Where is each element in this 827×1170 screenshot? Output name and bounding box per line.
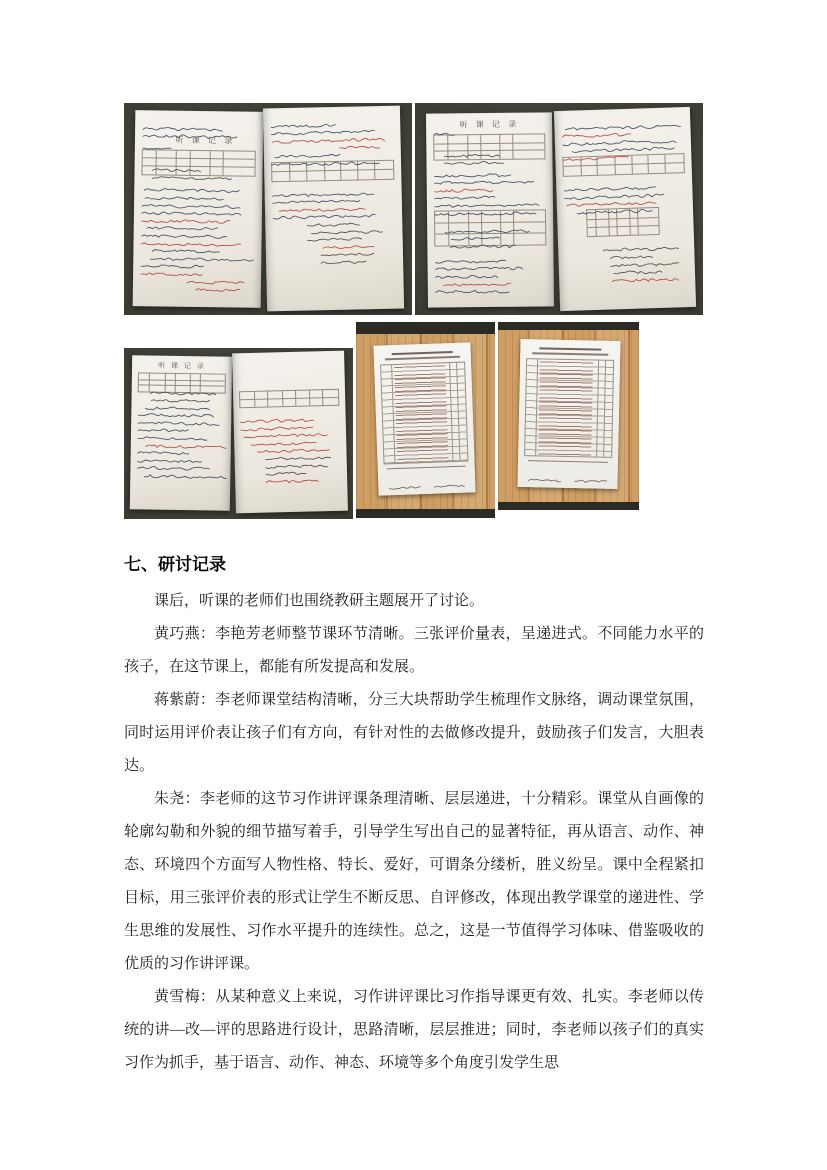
handwriting-list [319, 235, 396, 257]
discussion-record-text: 课后，听课的老师们也围绕教研主题展开了讨论。 黄巧燕：李艳芳老师整节课环节清晰。… [124, 585, 704, 1080]
handwriting-list [602, 237, 688, 252]
paragraph-jiangziwei: 蒋紫蔚：李老师课堂结构清晰，分三大块帮助学生梳理作文脉络，调动课堂氛围，同时运用… [124, 684, 704, 783]
form-table [380, 361, 468, 464]
notebook-left-page: 听 课 记 录 [130, 355, 232, 511]
evaluation-form-paper [517, 339, 620, 489]
handwriting-line [142, 137, 172, 142]
form-meta-line [385, 356, 460, 360]
form-note-line [387, 465, 465, 469]
table-handwriting [141, 155, 255, 179]
handwriting-body [270, 113, 393, 136]
signature-row [524, 466, 612, 477]
red-annotation [195, 279, 241, 285]
handwriting-body [434, 164, 546, 208]
notebook-title: 听 课 记 录 [176, 134, 236, 146]
notebook-title-row: 听 课 记 录 [433, 117, 545, 132]
notebook-photo-3: 听 课 记 录 [124, 348, 353, 519]
evaluation-form-photo-1 [356, 322, 495, 518]
signature-line [388, 476, 421, 481]
table-handwriting [433, 139, 545, 162]
handwriting-body [140, 180, 255, 270]
notebook-left-page: 听 课 记 录 [133, 110, 264, 308]
desk-edge [498, 322, 639, 330]
handwriting-body [561, 115, 684, 154]
desk-edge [498, 502, 639, 510]
form-title-line [540, 347, 602, 350]
notebook-photo-1: 听 课 记 录 [124, 103, 412, 315]
table-handwriting [434, 216, 546, 249]
signature-line [528, 469, 562, 474]
section-heading: 七、研讨记录 [124, 553, 704, 577]
signature-row [384, 471, 469, 483]
handwriting-body [434, 250, 546, 287]
handwriting-body [136, 397, 225, 472]
photo-row-2: 听 课 记 录 [124, 322, 704, 519]
handwriting-list [264, 447, 341, 477]
paragraph-zhuyao: 朱尧：李老师的这节习作讲评课条理清晰、层层递进，十分精彩。课堂从自画像的轮廓勾勒… [124, 783, 704, 981]
handwriting-body [563, 176, 686, 208]
notebook-right-page [232, 351, 348, 514]
photo-row-1: 听 课 记 录 听 [124, 103, 704, 315]
notebook-title: 听 课 记 录 [138, 360, 226, 371]
red-annotation-block [239, 409, 339, 432]
red-annotation [186, 271, 245, 277]
paragraph-huangqiaoyan: 黄巧燕：李艳芳老师整节课环节清晰。三张评价量表，呈递进式。不同能力水平的孩子，在… [124, 618, 704, 684]
handwriting-list [307, 213, 396, 235]
handwriting-body [271, 182, 395, 212]
form-title-line [392, 351, 453, 355]
handwriting-line [433, 123, 455, 128]
score-table-grid [239, 389, 339, 408]
notebook-right-page [263, 106, 404, 312]
notebook-photo-2: 听 课 记 录 [415, 103, 703, 315]
form-meta-line [532, 352, 608, 355]
form-note-line [528, 460, 607, 463]
notebook-title: 听 课 记 录 [459, 119, 519, 131]
evaluation-form-photo-2 [498, 322, 639, 510]
desk-edge [356, 322, 495, 334]
desk-edge [356, 509, 495, 518]
paragraph-huangxuemei: 黄雪梅：从某种意义上来说，习作讲评课比习作指导课更有效、扎实。李老师以传统的讲—… [124, 981, 704, 1080]
signature-line [433, 474, 465, 479]
paragraph-intro: 课后，听课的老师们也围绕教研主题展开了讨论。 [124, 585, 704, 618]
handwriting-top-notes [142, 118, 256, 132]
evaluation-form-paper [373, 342, 475, 495]
notebook-left-page: 听 课 记 录 [426, 112, 554, 307]
signature-line [574, 470, 608, 475]
document-page: 听 课 记 录 听 [0, 0, 827, 1170]
form-table [524, 358, 614, 458]
table-handwriting [138, 378, 226, 395]
handwriting-list [609, 253, 688, 276]
notebook-right-page [554, 107, 696, 311]
